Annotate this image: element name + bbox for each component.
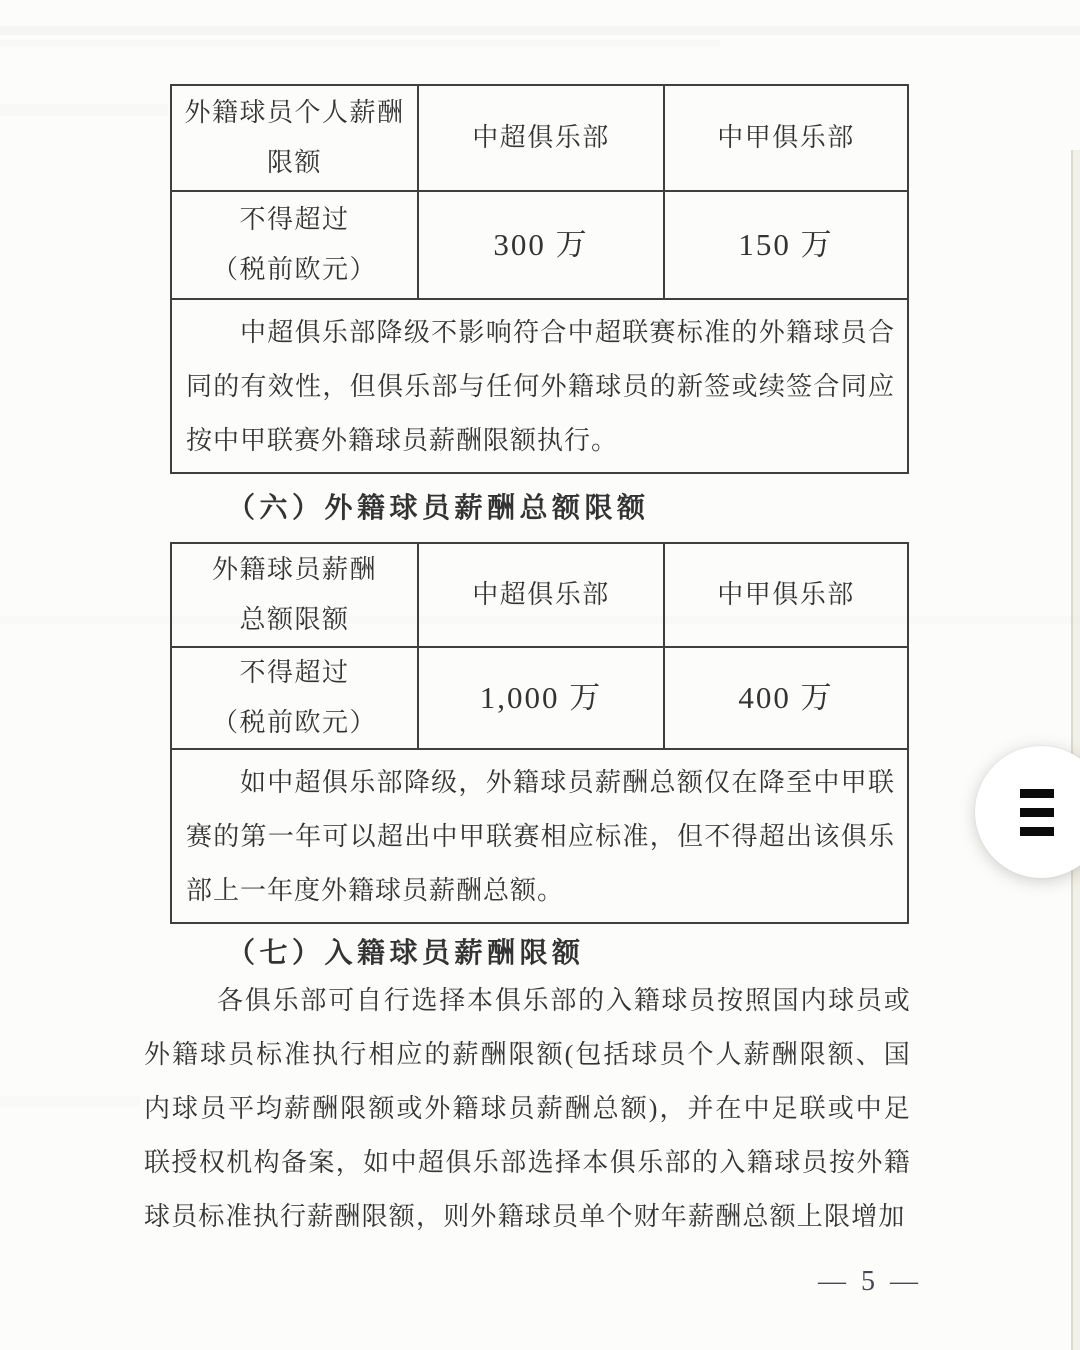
page-edge-shade bbox=[1073, 150, 1080, 1350]
table1-cl1-header-cell: 中甲俱乐部 bbox=[664, 85, 908, 191]
section-7-heading: （七）入籍球员薪酬限额 bbox=[227, 936, 585, 972]
scan-artifact bbox=[0, 1096, 140, 1106]
table2-relegation-note: 如中超俱乐部降级，外籍球员薪酬总额仅在降至中甲联赛的第一年可以超出中甲联赛相应标… bbox=[171, 749, 908, 923]
table2-limit-label-cell: 不得超过 （税前欧元） bbox=[171, 647, 418, 749]
table1-row-header-cell: 外籍球员个人薪酬 限额 bbox=[171, 85, 418, 191]
hamburger-menu-icon bbox=[1020, 789, 1054, 836]
table1-relegation-note: 中超俱乐部降级不影响符合中超联赛标准的外籍球员合同的有效性，但俱乐部与任何外籍球… bbox=[171, 299, 908, 473]
foreign-player-individual-salary-limit-table: 外籍球员个人薪酬 限额 中超俱乐部 中甲俱乐部 不得超过 （税前欧元） 300 … bbox=[170, 84, 909, 474]
table1-limit-label-cell: 不得超过 （税前欧元） bbox=[171, 191, 418, 299]
table2-cl1-value-cell: 400 万 bbox=[664, 647, 908, 749]
section-7-paragraph: 各俱乐部可自行选择本俱乐部的入籍球员按照国内球员或外籍球员标准执行相应的薪酬限额… bbox=[144, 974, 911, 1244]
menu-fab-button[interactable] bbox=[975, 746, 1080, 878]
table2-row-header-cell: 外籍球员薪酬 总额限额 bbox=[171, 543, 418, 647]
section-6-heading: （六）外籍球员薪酬总额限额 bbox=[227, 491, 650, 527]
table2-csl-value-cell: 1,000 万 bbox=[418, 647, 664, 749]
page-number: — 5 — bbox=[795, 1266, 945, 1298]
table2-csl-header-cell: 中超俱乐部 bbox=[418, 543, 664, 647]
scan-artifact bbox=[0, 104, 168, 116]
document-page: 外籍球员个人薪酬 限额 中超俱乐部 中甲俱乐部 不得超过 （税前欧元） 300 … bbox=[0, 0, 1080, 1350]
table2-cl1-header-cell: 中甲俱乐部 bbox=[664, 543, 908, 647]
scan-artifact bbox=[0, 26, 1080, 35]
foreign-player-total-salary-limit-table: 外籍球员薪酬 总额限额 中超俱乐部 中甲俱乐部 不得超过 （税前欧元） 1,00… bbox=[170, 542, 909, 924]
table1-cl1-value-cell: 150 万 bbox=[664, 191, 908, 299]
scan-artifact bbox=[0, 40, 720, 46]
table1-csl-header-cell: 中超俱乐部 bbox=[418, 85, 664, 191]
page-edge-line bbox=[1071, 150, 1073, 1350]
table1-csl-value-cell: 300 万 bbox=[418, 191, 664, 299]
